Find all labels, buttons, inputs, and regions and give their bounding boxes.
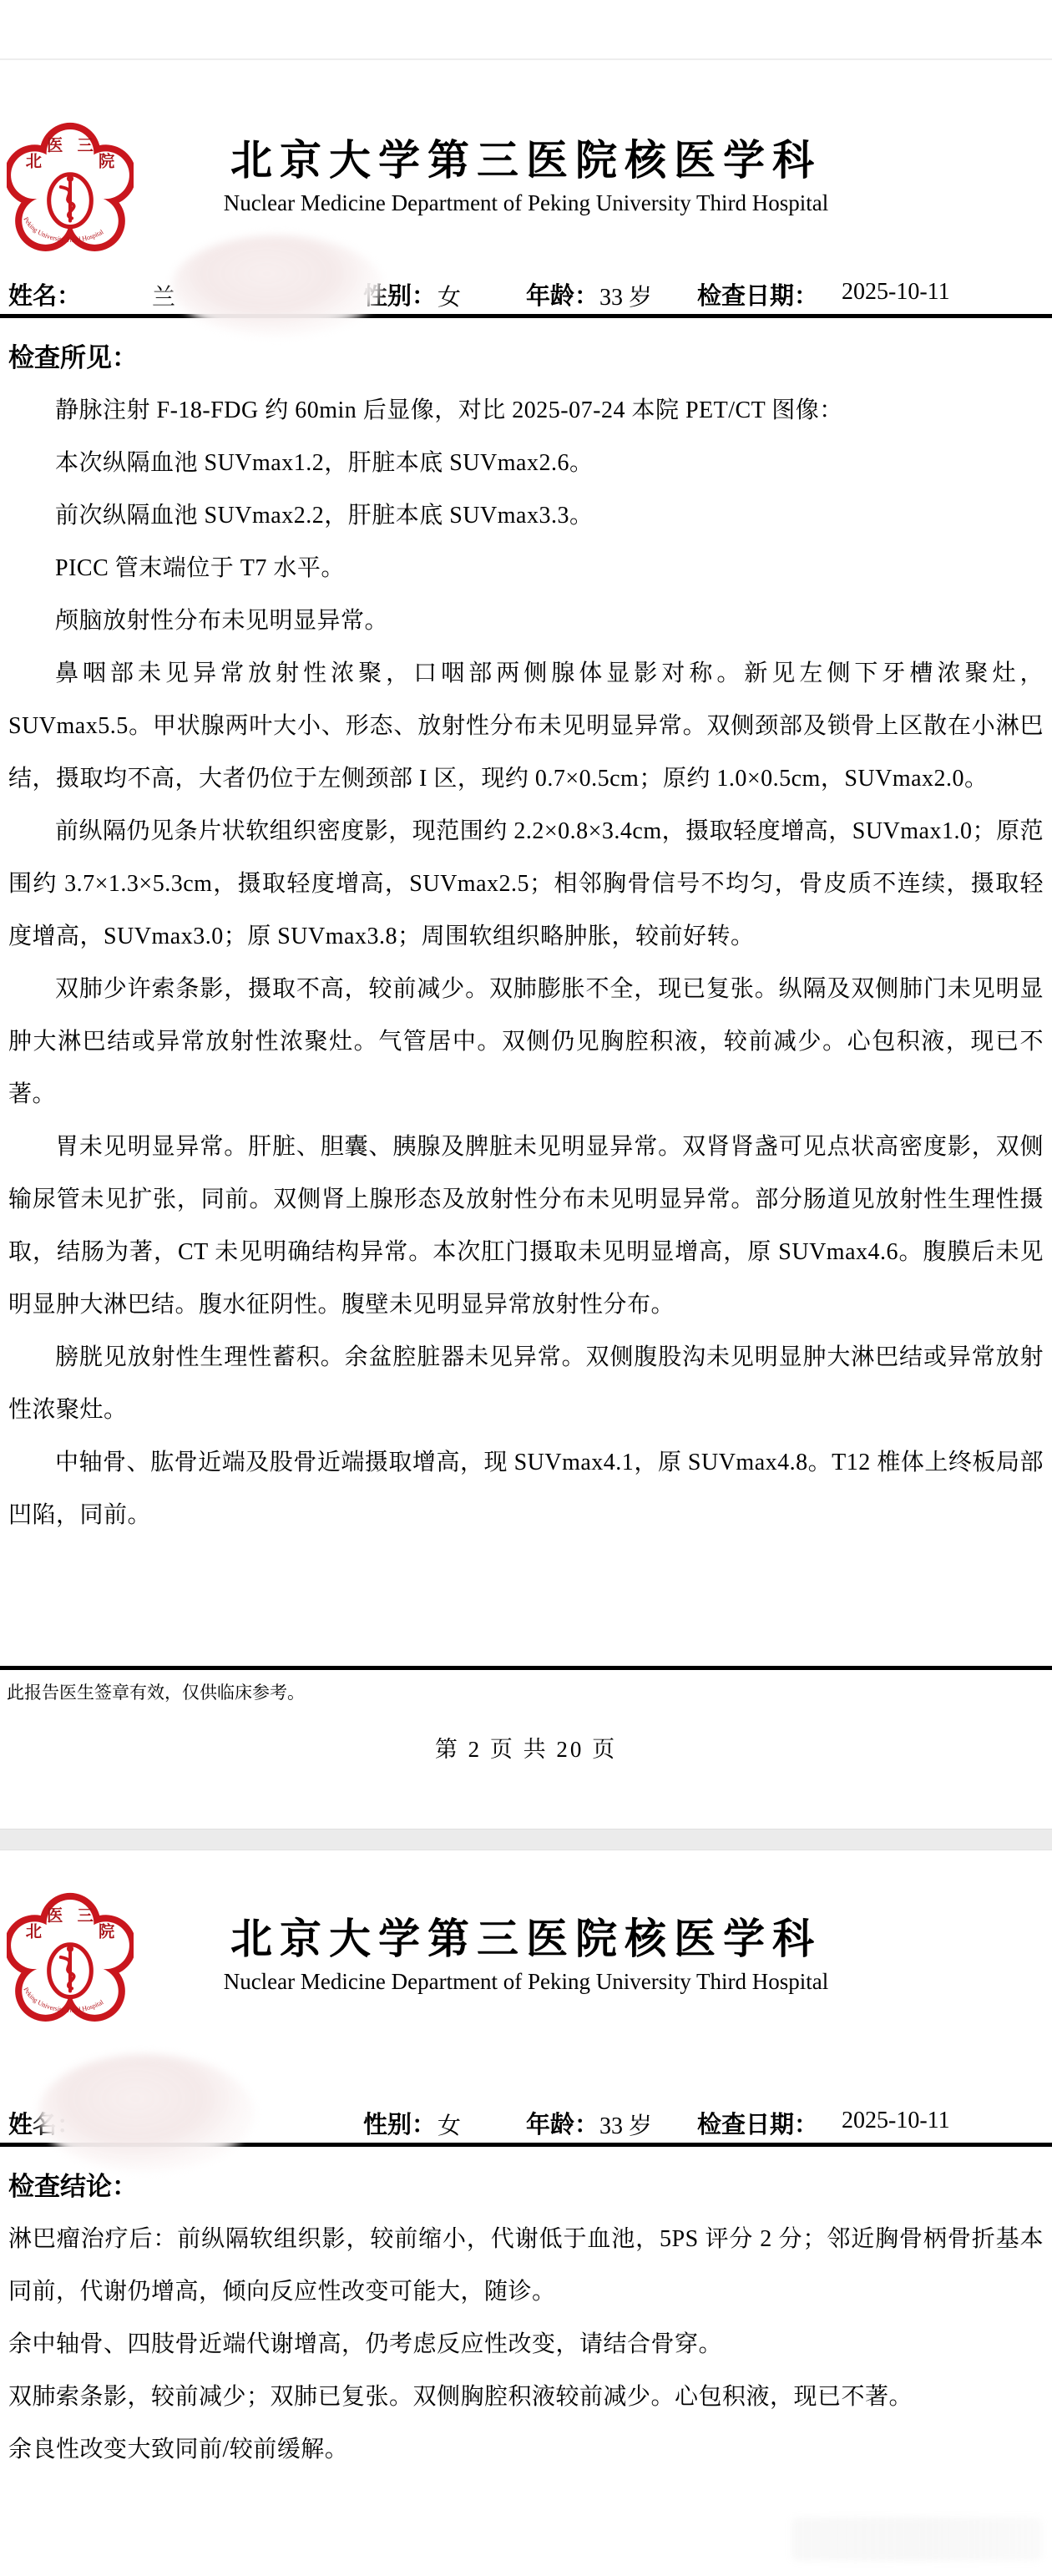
- conclusion-heading: 检查结论：: [8, 2165, 1052, 2203]
- findings-paragraph: 本次纵隔血池 SUVmax1.2，肝脏本底 SUVmax2.6。: [8, 437, 1044, 489]
- conclusion-paragraph: 余中轴骨、四肢骨近端代谢增高，仍考虑反应性改变，请结合骨穿。: [8, 2318, 1044, 2371]
- conclusion-paragraph: 余良性改变大致同前/较前缓解。: [8, 2423, 1044, 2476]
- name-redaction-blur: [172, 235, 382, 336]
- age-value: 33 岁: [599, 279, 652, 312]
- gender-label: 性别：: [363, 2106, 436, 2140]
- hospital-subtitle-en: Nuclear Medicine Department of Peking Un…: [0, 1969, 1052, 1995]
- faint-watermark: [792, 2518, 1042, 2561]
- header-divider: [0, 314, 1052, 318]
- findings-paragraph: 颅脑放射性分布未见明显异常。: [8, 595, 1044, 647]
- conclusion-paragraph: 淋巴瘤治疗后：前纵隔软组织影，较前缩小，代谢低于血池，5PS 评分 2 分；邻近…: [8, 2213, 1044, 2318]
- scan-top-hairline: [0, 58, 1052, 60]
- exam-date-label: 检查日期：: [697, 2106, 818, 2140]
- name-redaction-blur: [38, 2054, 254, 2171]
- conclusion-paragraph: 双肺索条影，较前减少；双肺已复张。双侧胸腔积液较前减少。心包积液，现已不著。: [8, 2371, 1044, 2423]
- age-label: 年龄：: [526, 2106, 599, 2140]
- findings-paragraph: 双肺少许索条影，摄取不高，较前减少。双肺膨胀不全，现已复张。纵隔及双侧肺门未见明…: [8, 963, 1044, 1121]
- gender-value: 女: [437, 2108, 461, 2141]
- exam-date-value: 2025-10-11: [842, 2108, 950, 2134]
- findings-heading: 检查所见：: [8, 337, 1052, 374]
- page-number: 第 2 页 共 20 页: [0, 1731, 1052, 1764]
- exam-date-label: 检查日期：: [697, 277, 818, 311]
- findings-paragraph: 前次纵隔血池 SUVmax2.2，肝脏本底 SUVmax3.3。: [8, 489, 1044, 542]
- hospital-title: 北京大学第三医院核医学科: [0, 127, 1052, 187]
- validity-note: 此报告医生签章有效，仅供临床参考。: [7, 1679, 305, 1704]
- page1-footer: 此报告医生签章有效，仅供临床参考。 第 2 页 共 20 页: [0, 1666, 1052, 1829]
- findings-paragraph: 胃未见明显异常。肝脏、胆囊、胰腺及脾脏未见明显异常。双肾肾盏可见点状高密度影，双…: [8, 1121, 1044, 1331]
- name-label: 姓名：: [8, 277, 81, 311]
- findings-paragraph: 中轴骨、肱骨近端及股骨近端摄取增高，现 SUVmax4.1，原 SUVmax4.…: [8, 1436, 1044, 1541]
- findings-paragraph: PICC 管末端位于 T7 水平。: [8, 542, 1044, 595]
- findings-paragraph: 鼻咽部未见异常放射性浓聚，口咽部两侧腺体显影对称。新见左侧下牙槽浓聚灶，SUVm…: [8, 647, 1044, 805]
- page1-header: 北 医 三 院 Peking University Third Hospital…: [0, 0, 1052, 272]
- age-value: 33 岁: [599, 2108, 652, 2141]
- findings-body: 静脉注射 F-18-FDG 约 60min 后显像，对比 2025-07-24 …: [0, 384, 1052, 1541]
- page-separator-band: [0, 1829, 1052, 1850]
- age-label: 年龄：: [526, 277, 599, 311]
- findings-paragraph: 膀胱见放射性生理性蓄积。余盆腔脏器未见异常。双侧腹股沟未见明显肿大淋巴结或异常放…: [8, 1331, 1044, 1436]
- findings-paragraph: 静脉注射 F-18-FDG 约 60min 后显像，对比 2025-07-24 …: [8, 384, 1044, 437]
- conclusion-body: 淋巴瘤治疗后：前纵隔软组织影，较前缩小，代谢低于血池，5PS 评分 2 分；邻近…: [0, 2213, 1052, 2476]
- gender-value: 女: [437, 279, 461, 312]
- report-page-1: 北 医 三 院 Peking University Third Hospital…: [0, 0, 1052, 1829]
- hospital-title: 北京大学第三医院核医学科: [0, 1905, 1052, 1966]
- hospital-subtitle-en: Nuclear Medicine Department of Peking Un…: [0, 190, 1052, 216]
- findings-paragraph: 前纵隔仍见条片状软组织密度影，现范围约 2.2×0.8×3.4cm，摄取轻度增高…: [8, 805, 1044, 963]
- report-page-2: 北 医 三 院 Peking University Third Hospital…: [0, 1850, 1052, 2576]
- exam-date-value: 2025-10-11: [842, 279, 950, 306]
- footer-divider: [0, 1666, 1052, 1670]
- patient-info-row: 姓名： 兰 性别： 女 年龄： 33 岁 检查日期： 2025-10-11: [0, 272, 1052, 314]
